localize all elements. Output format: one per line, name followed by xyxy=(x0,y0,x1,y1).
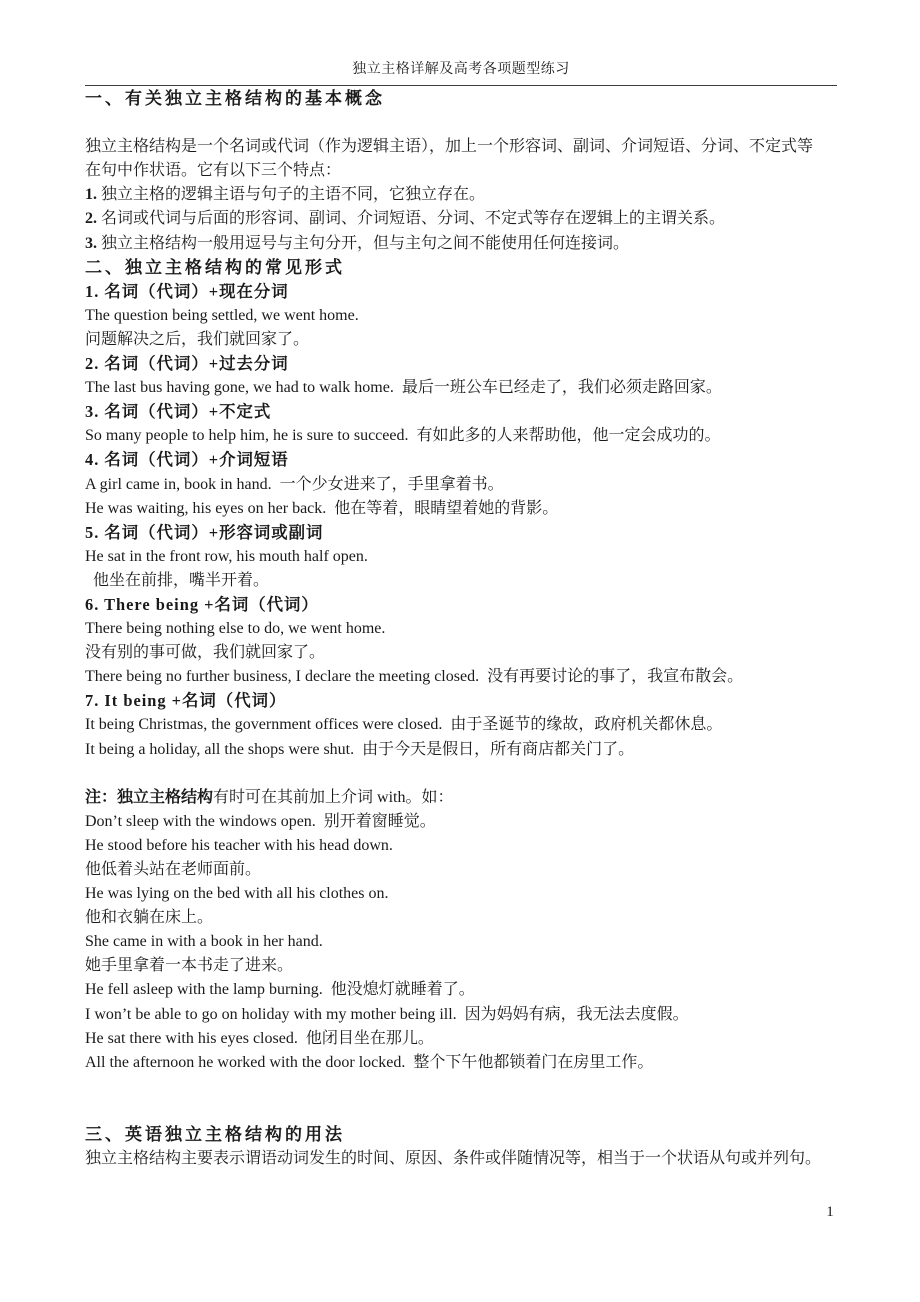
text-run: A girl came in, book in hand. 一个少女进来了，手里… xyxy=(85,476,504,493)
text-run: 独立主格结构是一个名词或代词（作为逻辑主语），加上一个形容词、副词、介词短语、分… xyxy=(85,138,813,155)
bold-text-run: 2. 名词（代词）+过去分词 xyxy=(85,354,289,373)
bold-text-run: 4. 名词（代词）+介词短语 xyxy=(85,450,289,469)
text-line: He was waiting, his eyes on her back. 他在… xyxy=(85,497,841,521)
text-run: Don’t sleep with the windows open. 别开着窗睡… xyxy=(85,813,436,830)
text-run: 他和衣躺在床上。 xyxy=(85,909,213,926)
text-run: I won’t be able to go on holiday with my… xyxy=(85,1006,689,1023)
blank-line xyxy=(85,762,841,786)
text-line: 他和衣躺在床上。 xyxy=(85,906,841,930)
bold-text-run: 6. There being +名词（代词） xyxy=(85,595,319,614)
text-line: 1. 独立主格的逻辑主语与句子的主语不同，它独立存在。 xyxy=(85,183,841,207)
page-header-title: 独立主格详解及高考各项题型练习 xyxy=(85,62,837,78)
subsection-heading: 6. There being +名词（代词） xyxy=(85,593,841,617)
text-run: There being nothing else to do, we went … xyxy=(85,620,385,637)
section-heading: 一、有关独立主格结构的基本概念 xyxy=(85,87,841,111)
text-line: 2. 名词或代词与后面的形容词、副词、介词短语、分词、不定式等存在逻辑上的主谓关… xyxy=(85,207,841,231)
text-line: He fell asleep with the lamp burning. 他没… xyxy=(85,978,841,1002)
subsection-heading: 4. 名词（代词）+介词短语 xyxy=(85,448,841,472)
text-line: 没有别的事可做，我们就回家了。 xyxy=(85,641,841,665)
text-run: He sat there with his eyes closed. 他闭目坐在… xyxy=(85,1030,434,1047)
text-run: 独立主格结构主要表示谓语动词发生的时间、原因、条件或伴随情况等，相当于一个状语从… xyxy=(85,1150,821,1167)
text-line: 她手里拿着一本书走了进来。 xyxy=(85,954,841,978)
text-line: So many people to help him, he is sure t… xyxy=(85,424,841,448)
text-line: 在句中作状语。它有以下三个特点： xyxy=(85,159,841,183)
bold-text-run: 三、英语独立主格结构的用法 xyxy=(85,1125,345,1144)
blank-line xyxy=(85,111,841,135)
text-line: The question being settled, we went home… xyxy=(85,304,841,328)
blank-line xyxy=(85,1099,841,1123)
bold-text-run: 一、有关独立主格结构的基本概念 xyxy=(85,89,385,108)
bold-text-run: 二、独立主格结构的常见形式 xyxy=(85,258,345,277)
text-line: He sat in the front row, his mouth half … xyxy=(85,545,841,569)
text-line: 独立主格结构主要表示谓语动词发生的时间、原因、条件或伴随情况等，相当于一个状语从… xyxy=(85,1147,841,1171)
text-run: 她手里拿着一本书走了进来。 xyxy=(85,957,293,974)
text-line: 3. 独立主格结构一般用逗号与主句分开，但与主句之间不能使用任何连接词。 xyxy=(85,232,841,256)
document-page: 独立主格详解及高考各项题型练习 一、有关独立主格结构的基本概念独立主格结构是一个… xyxy=(0,0,920,1302)
text-run: 他低着头站在老师面前。 xyxy=(85,861,261,878)
text-line: He stood before his teacher with his hea… xyxy=(85,834,841,858)
text-line: 独立主格结构是一个名词或代词（作为逻辑主语），加上一个形容词、副词、介词短语、分… xyxy=(85,135,841,159)
text-run: The last bus having gone, we had to walk… xyxy=(85,379,722,396)
text-line: All the afternoon he worked with the doo… xyxy=(85,1051,841,1075)
header-rule xyxy=(85,85,837,86)
text-line: There being nothing else to do, we went … xyxy=(85,617,841,641)
page-number: 1 xyxy=(820,1202,840,1222)
text-line: 他坐在前排，嘴半开着。 xyxy=(85,569,841,593)
text-line: The last bus having gone, we had to walk… xyxy=(85,376,841,400)
text-line: He was lying on the bed with all his clo… xyxy=(85,882,841,906)
text-run: He sat in the front row, his mouth half … xyxy=(85,548,368,565)
text-run: He fell asleep with the lamp burning. 他没… xyxy=(85,981,475,998)
text-line: It being a holiday, all the shops were s… xyxy=(85,738,841,762)
text-run: She came in with a book in her hand. xyxy=(85,933,323,950)
text-line: A girl came in, book in hand. 一个少女进来了，手里… xyxy=(85,473,841,497)
text-run: 没有别的事可做，我们就回家了。 xyxy=(85,644,325,661)
text-line: 注：独立主格结构有时可在其前加上介词 with。如： xyxy=(85,786,841,810)
subsection-heading: 1. 名词（代词）+现在分词 xyxy=(85,280,841,304)
text-run: 独立主格的逻辑主语与句子的主语不同，它独立存在。 xyxy=(101,186,485,203)
text-run: The question being settled, we went home… xyxy=(85,307,359,324)
bold-text-run: 1. xyxy=(85,186,101,203)
text-run: 他坐在前排，嘴半开着。 xyxy=(85,572,269,589)
text-line: Don’t sleep with the windows open. 别开着窗睡… xyxy=(85,810,841,834)
text-line: 他低着头站在老师面前。 xyxy=(85,858,841,882)
subsection-heading: 5. 名词（代词）+形容词或副词 xyxy=(85,521,841,545)
bold-text-run: 5. 名词（代词）+形容词或副词 xyxy=(85,523,323,542)
text-line: It being Christmas, the government offic… xyxy=(85,713,841,737)
text-line: I won’t be able to go on holiday with my… xyxy=(85,1003,841,1027)
text-line: She came in with a book in her hand. xyxy=(85,930,841,954)
text-run: He was waiting, his eyes on her back. 他在… xyxy=(85,500,558,517)
bold-text-run: 1. 名词（代词）+现在分词 xyxy=(85,282,289,301)
bold-text-run: 7. It being +名词（代词） xyxy=(85,691,286,710)
document-body: 一、有关独立主格结构的基本概念独立主格结构是一个名词或代词（作为逻辑主语），加上… xyxy=(85,87,841,1171)
text-run: It being a holiday, all the shops were s… xyxy=(85,741,634,758)
subsection-heading: 2. 名词（代词）+过去分词 xyxy=(85,352,841,376)
blank-line xyxy=(85,1075,841,1099)
text-run: 在句中作状语。它有以下三个特点： xyxy=(85,162,341,179)
text-line: 问题解决之后，我们就回家了。 xyxy=(85,328,841,352)
text-line: He sat there with his eyes closed. 他闭目坐在… xyxy=(85,1027,841,1051)
text-run: 有时可在其前加上介词 with。如： xyxy=(213,789,453,806)
subsection-heading: 7. It being +名词（代词） xyxy=(85,689,841,713)
text-line: There being no further business, I decla… xyxy=(85,665,841,689)
text-run: He was lying on the bed with all his clo… xyxy=(85,885,389,902)
text-run: 独立主格结构一般用逗号与主句分开，但与主句之间不能使用任何连接词。 xyxy=(101,235,629,252)
bold-text-run: 3. xyxy=(85,235,101,252)
text-run: 名词或代词与后面的形容词、副词、介词短语、分词、不定式等存在逻辑上的主谓关系。 xyxy=(101,210,725,227)
text-run: All the afternoon he worked with the doo… xyxy=(85,1054,653,1071)
bold-text-run: 3. 名词（代词）+不定式 xyxy=(85,402,271,421)
text-run: 问题解决之后，我们就回家了。 xyxy=(85,331,309,348)
subsection-heading: 3. 名词（代词）+不定式 xyxy=(85,400,841,424)
text-run: There being no further business, I decla… xyxy=(85,668,743,685)
text-run: He stood before his teacher with his hea… xyxy=(85,837,393,854)
bold-text-run: 注：独立主格结构 xyxy=(85,789,213,806)
text-run: It being Christmas, the government offic… xyxy=(85,716,722,733)
bold-text-run: 2. xyxy=(85,210,101,227)
text-run: So many people to help him, he is sure t… xyxy=(85,427,721,444)
section-heading: 二、独立主格结构的常见形式 xyxy=(85,256,841,280)
section-heading: 三、英语独立主格结构的用法 xyxy=(85,1123,841,1147)
